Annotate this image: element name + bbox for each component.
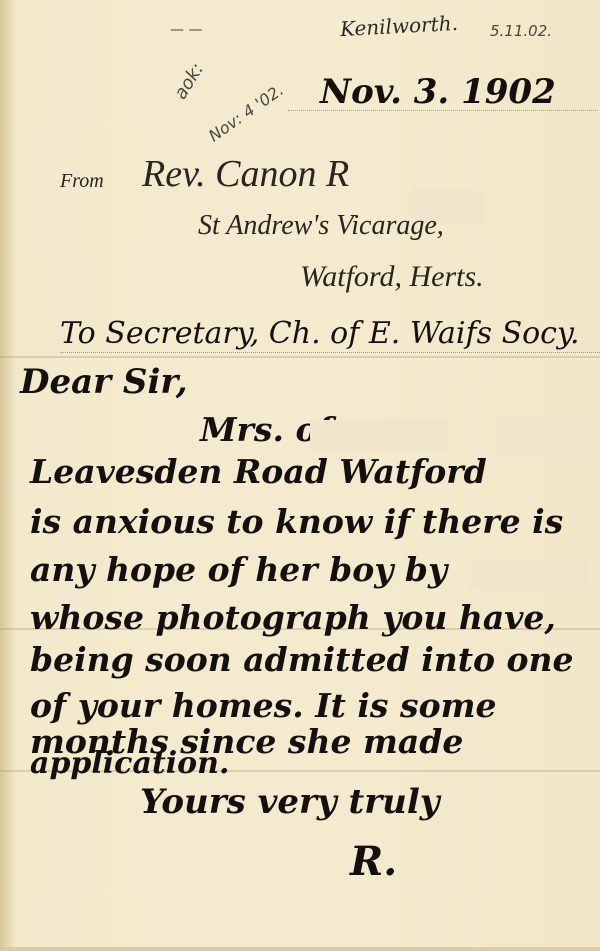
letterhead-address-line1: St Andrew's Vicarage, [198,210,444,242]
body-line: Leavesden Road Watford [30,452,487,491]
letterhead-from-label: From [60,170,104,193]
body-line: whose photograph you have, [30,598,556,637]
letterhead-address-line2: Watford, Herts. [300,260,484,294]
body-line: of your homes. It is some [30,686,497,725]
letter-page: — — Kenilworth. 5.11.02. aok: Nov: 4 '02… [0,0,600,951]
recipient-dotted-line [60,352,600,353]
kenilworth-date-annotation: 5.11.02. [490,22,552,40]
redacted-text [470,560,590,590]
paper-left-edge [0,0,14,951]
redacted-name [310,420,450,450]
body-line: being soon admitted into one [30,640,573,679]
redacted-address [495,420,585,450]
body-line: any hope of her boy by [30,550,447,589]
paper-fold-line [0,356,600,358]
top-pencil-marks: — — [170,22,202,38]
letterhead-sender-name: Rev. Canon R [142,152,349,196]
salutation: Dear Sir, [20,362,188,402]
body-line: is anxious to know if there is [30,502,563,541]
paper-bottom-edge [0,947,600,951]
closing: Yours very truly [140,782,440,822]
aok-pencil-annotation: aok: [170,59,208,103]
date-dotted-line [288,110,598,111]
recipient-line: To Secretary, Ch. of E. Waifs Socy. [60,316,579,351]
body-line: application. [30,746,229,781]
kenilworth-annotation: Kenilworth. [339,11,458,41]
letter-date: Nov. 3. 1902 [320,72,556,112]
received-date-pencil-annotation: Nov: 4 '02. [205,80,287,145]
signature: R. [350,838,397,885]
